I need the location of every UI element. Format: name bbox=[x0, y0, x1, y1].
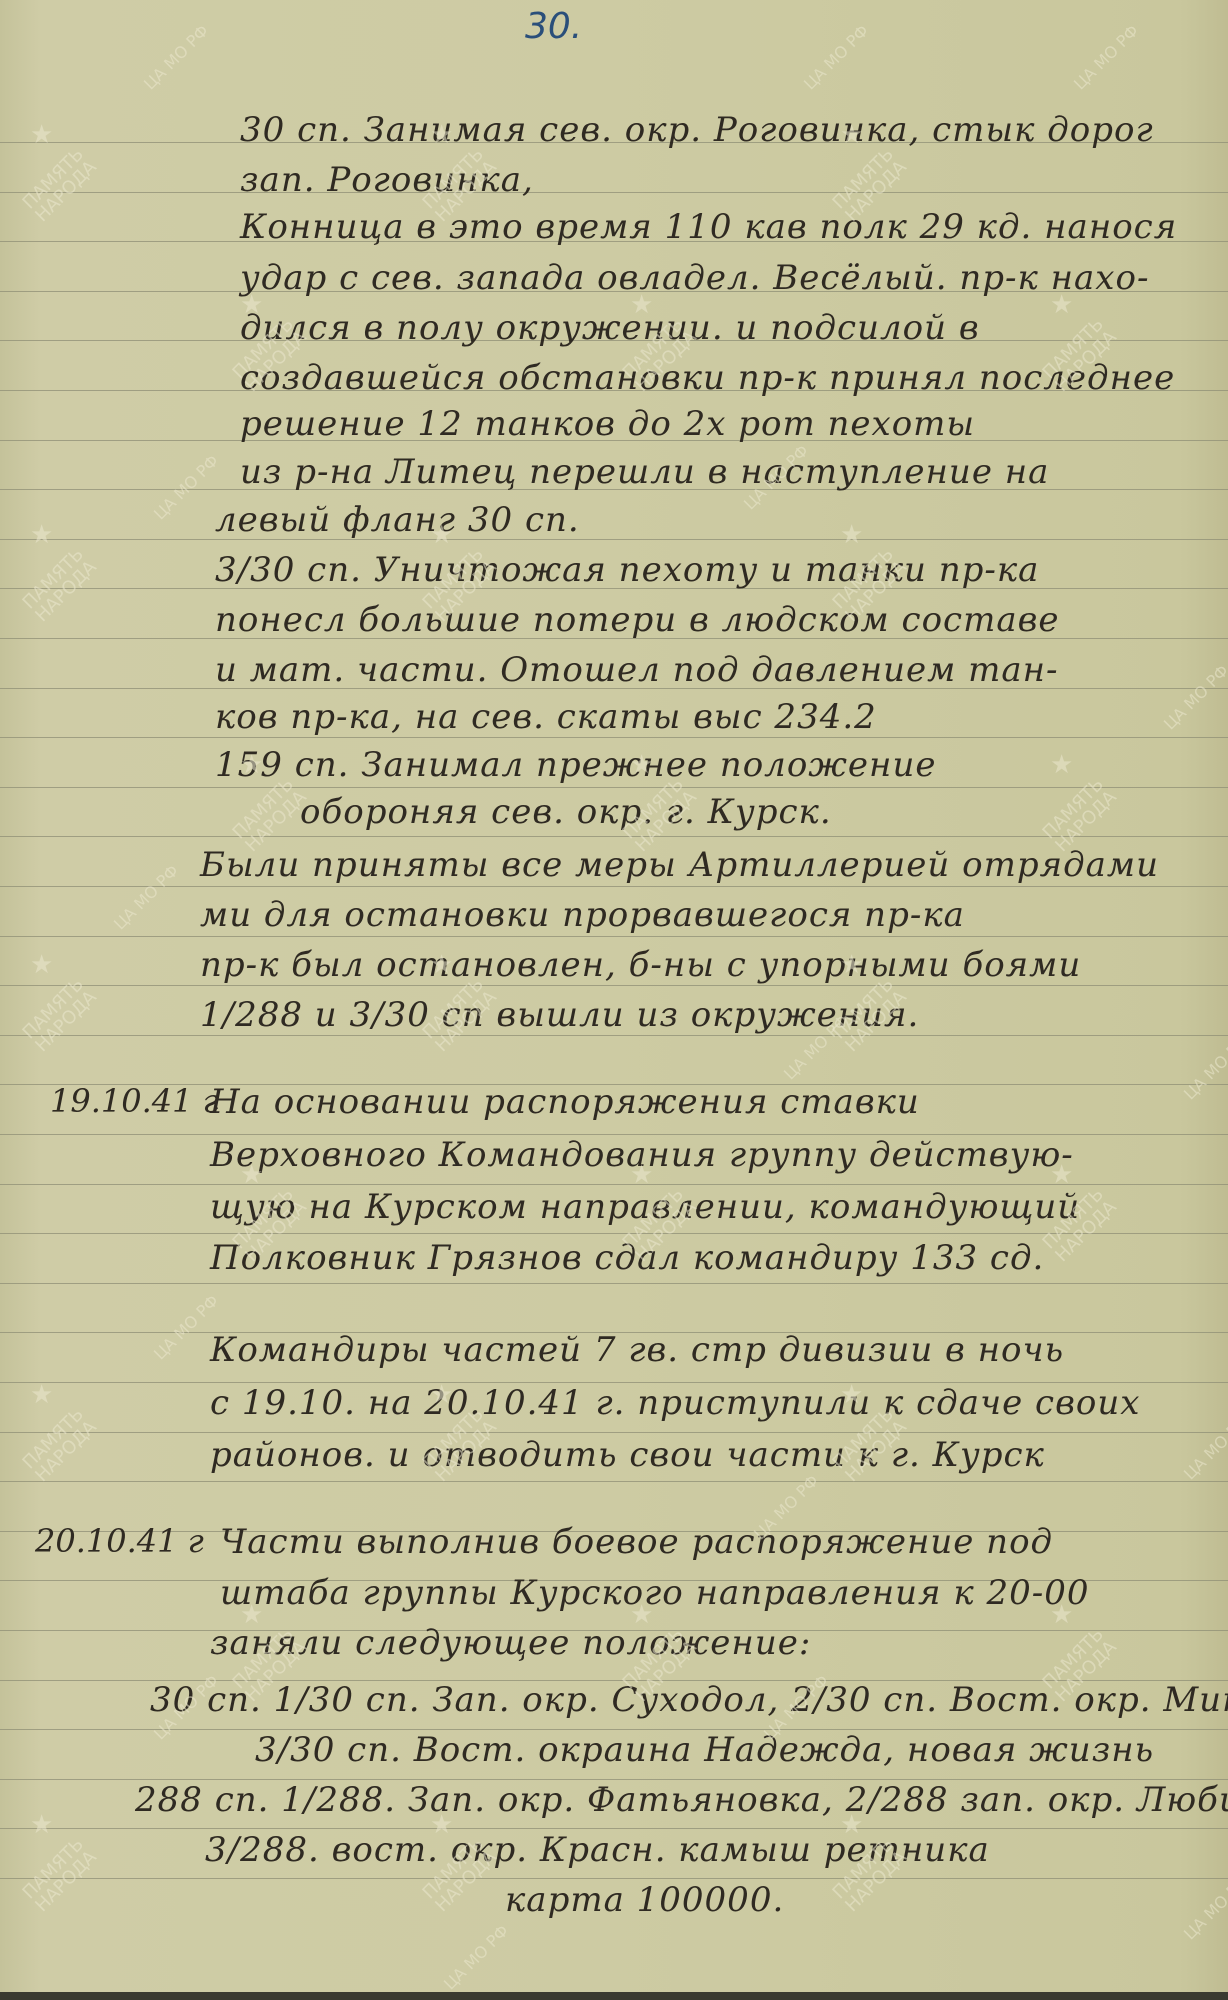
scan-bottom-edge bbox=[0, 1992, 1228, 2000]
star-icon: ★ bbox=[840, 520, 863, 550]
handwritten-line: 159 сп. Занимал прежнее положение bbox=[215, 745, 936, 785]
ruled-line bbox=[0, 1035, 1228, 1036]
handwritten-line: заняли следующее положение: bbox=[210, 1623, 811, 1663]
archive-watermark: ЦА МО РФ bbox=[1070, 21, 1142, 93]
ruled-line bbox=[0, 192, 1228, 193]
handwritten-line: пр-к был остановлен, б-ны с упорными боя… bbox=[200, 945, 1081, 985]
page-number: 30. bbox=[525, 6, 582, 47]
handwritten-line: 3/288. вост. окр. Красн. камыш ретника bbox=[205, 1830, 990, 1870]
star-icon: ★ bbox=[30, 120, 53, 150]
handwritten-line: районов. и отводить свои части к г. Курс… bbox=[210, 1435, 1045, 1475]
handwritten-line: 30 сп. Занимая сев. окр. Роговинка, стык… bbox=[240, 110, 1154, 150]
handwritten-line: штаба группы Курского направления к 20-0… bbox=[220, 1573, 1089, 1613]
star-icon: ★ bbox=[30, 1380, 53, 1410]
ruled-line bbox=[0, 1878, 1228, 1879]
handwritten-line: Верховного Командования группу действую- bbox=[210, 1135, 1074, 1175]
handwritten-line: из р-на Литец перешли в наступление на bbox=[240, 452, 1049, 492]
ruled-line bbox=[0, 1828, 1228, 1829]
archive-watermark: ЦА МО РФ bbox=[150, 451, 222, 523]
ruled-line bbox=[0, 1432, 1228, 1433]
ruled-line bbox=[0, 1233, 1228, 1234]
ruled-line bbox=[0, 985, 1228, 986]
handwritten-line: ми для остановки прорвавшегося пр-ка bbox=[200, 895, 965, 935]
archive-watermark: ЦА МО РФ bbox=[800, 21, 872, 93]
handwritten-line: Конница в это время 110 кав полк 29 кд. … bbox=[240, 207, 1177, 247]
handwritten-line: обороняя сев. окр. г. Курск. bbox=[300, 792, 832, 832]
handwritten-line: понесл большие потери в людском составе bbox=[215, 600, 1060, 640]
handwritten-line: 3/30 сп. Вост. окраина Надежда, новая жи… bbox=[255, 1730, 1154, 1770]
ruled-line bbox=[0, 539, 1228, 540]
ruled-line bbox=[0, 1481, 1228, 1482]
ruled-line bbox=[0, 737, 1228, 738]
archive-watermark: ЦА МО РФ bbox=[1180, 1871, 1228, 1943]
archive-watermark: ЦА МО РФ bbox=[1180, 1031, 1228, 1103]
handwritten-line: левый фланг 30 сп. bbox=[215, 500, 580, 540]
handwritten-line: Части выполнив боевое распоряжение под bbox=[220, 1522, 1053, 1562]
star-icon: ★ bbox=[30, 950, 53, 980]
ruled-line bbox=[0, 886, 1228, 887]
handwritten-line: 30 сп. 1/30 сп. Зап. окр. Суходол, 2/30 … bbox=[150, 1680, 1228, 1720]
memory-project-watermark: ПАМЯТЬ НАРОДА bbox=[20, 975, 100, 1055]
handwritten-line: Командиры частей 7 гв. стр дивизии в ноч… bbox=[210, 1330, 1064, 1370]
star-icon: ★ bbox=[30, 1810, 53, 1840]
memory-project-watermark: ПАМЯТЬ НАРОДА bbox=[20, 145, 100, 225]
handwritten-line: карта 100000. bbox=[505, 1880, 784, 1920]
archive-watermark: ЦА МО РФ bbox=[110, 861, 182, 933]
memory-project-watermark: ПАМЯТЬ НАРОДА bbox=[20, 545, 100, 625]
handwritten-line: 1/288 и 3/30 сп вышли из окружения. bbox=[200, 995, 919, 1035]
handwritten-line: дился в полу окружении. и подсилой в bbox=[240, 308, 980, 348]
handwritten-line: 288 сп. 1/288. Зап. окр. Фатьяновка, 2/2… bbox=[135, 1780, 1228, 1820]
ruled-line bbox=[0, 936, 1228, 937]
handwritten-line: Были приняты все меры Артиллерией отряда… bbox=[200, 845, 1159, 885]
archive-watermark: ЦА МО РФ bbox=[140, 21, 212, 93]
handwritten-line: На основании распоряжения ставки bbox=[210, 1082, 920, 1122]
handwritten-line: ков пр-ка, на сев. скаты выс 234.2 bbox=[215, 697, 877, 737]
handwritten-line: Полковник Грязнов сдал командиру 133 сд. bbox=[210, 1238, 1044, 1278]
ruled-line bbox=[0, 1283, 1228, 1284]
memory-project-watermark: ПАМЯТЬ НАРОДА bbox=[20, 1835, 100, 1915]
handwritten-line: удар с сев. запада овладел. Весёлый. пр-… bbox=[240, 258, 1149, 298]
memory-project-watermark: ПАМЯТЬ НАРОДА bbox=[20, 1405, 100, 1485]
archive-watermark: ЦА МО РФ bbox=[1180, 1411, 1228, 1483]
ruled-line bbox=[0, 787, 1228, 788]
handwritten-line: зап. Роговинка, bbox=[240, 160, 534, 200]
ruled-line bbox=[0, 836, 1228, 837]
archive-watermark: ЦА МО РФ bbox=[440, 1921, 512, 1993]
handwritten-line: с 19.10. на 20.10.41 г. приступили к сда… bbox=[210, 1383, 1140, 1423]
star-icon: ★ bbox=[30, 520, 53, 550]
star-icon: ★ bbox=[1050, 750, 1073, 780]
handwritten-line: 3/30 сп. Уничтожая пехоту и танки пр-ка bbox=[215, 550, 1039, 590]
handwritten-line: решение 12 танков до 2х рот пехоты bbox=[240, 404, 975, 444]
document-page: 30. 30 сп. Занимая сев. окр. Роговинка, … bbox=[0, 0, 1228, 2000]
handwritten-line: щую на Курском направлении, командующий bbox=[210, 1187, 1080, 1227]
archive-watermark: ЦА МО РФ bbox=[1160, 661, 1228, 733]
handwritten-line: и мат. части. Отошел под давлением тан- bbox=[215, 650, 1059, 690]
ruled-line bbox=[0, 1184, 1228, 1185]
handwritten-line: создавшейся обстановки пр-к принял после… bbox=[240, 358, 1175, 398]
margin-date: 19.10.41 г bbox=[50, 1082, 219, 1120]
margin-date: 20.10.41 г bbox=[35, 1522, 204, 1560]
